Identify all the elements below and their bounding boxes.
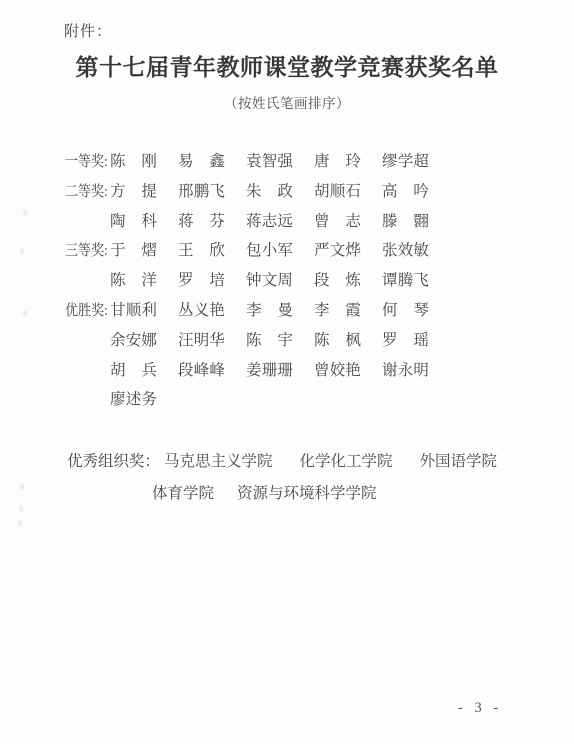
org-award-label: 优秀组织奖： [67,446,164,478]
award-list: 一等奖: 陈 刚 易 鑫 袁智强 唐 玲 缪学超 二等奖: 方 提 邢鹏飞 朱 … [65,147,450,415]
award-row-third-prize-cont: 陈 洋 罗 培 钟文周 段 炼 谭腾飞 [65,266,450,296]
org-institution: 体育学院 [152,478,214,510]
scan-artifact [18,520,22,526]
awardee-name: 袁智强 [246,147,293,177]
scan-artifact [23,310,27,316]
award-row-merit-prize-cont: 胡 兵 段峰峰 姜珊珊 曾姣艳 谢永明 [65,356,450,386]
awardee-name: 缪学超 [382,147,429,177]
award-tier-label: 三等奖: [65,237,104,267]
awardee-name: 陈 枫 [314,326,361,356]
award-tier-label: 一等奖: [65,148,104,178]
awardee-name: 包小军 [246,236,293,266]
page-number: - 3 - [458,700,522,717]
awardee-name: 邢鹏飞 [178,177,225,207]
org-award-row: 优秀组织奖： 马克思主义学院 化学化工学院 外国语学院 [67,446,524,478]
awardee-name: 陈 宇 [246,326,293,356]
awardee-name: 段峰峰 [178,356,225,386]
awardee-name: 钟文周 [246,266,293,296]
award-row-merit-prize: 优胜奖: 甘顺利 丛义艳 李 曼 李 霞 何 琴 [65,296,450,326]
awardee-name: 张效敏 [382,236,429,266]
awardee-name: 易 鑫 [178,147,225,177]
awardee-name: 谢永明 [382,356,429,386]
awardee-name: 李 霞 [314,296,361,326]
awardee-name: 陈 刚 [110,147,157,177]
scan-artifact [23,210,27,216]
org-award-row-cont: 体育学院 资源与环境科学学院 [152,478,524,510]
awardee-name: 廖述务 [110,385,157,415]
award-tier-label: 二等奖: [65,178,104,208]
awardee-name: 王 欣 [178,236,225,266]
awardee-name: 高 吟 [382,177,429,207]
awardee-name: 罗 培 [178,266,225,296]
document-page: 附件： 第十七届青年教师课堂教学竞赛获奖名单 （按姓氏笔画排序） 一等奖: 陈 … [0,0,574,744]
org-institution: 资源与环境科学学院 [237,478,377,510]
awardee-name: 曾姣艳 [314,356,361,386]
organization-award-section: 优秀组织奖： 马克思主义学院 化学化工学院 外国语学院 体育学院 资源与环境科学… [67,446,524,509]
awardee-name: 汪明华 [178,326,225,356]
award-row-merit-prize-cont: 余安娜 汪明华 陈 宇 陈 枫 罗 瑶 [65,326,450,356]
awardee-name: 滕 翾 [382,207,429,237]
awardee-name: 李 曼 [246,296,293,326]
award-row-first-prize: 一等奖: 陈 刚 易 鑫 袁智强 唐 玲 缪学超 [65,147,450,177]
sort-order-note: （按姓氏笔画排序） [0,92,574,112]
awardee-name: 胡 兵 [110,356,157,386]
awardee-name: 曾 志 [314,207,361,237]
org-institution: 外国语学院 [420,446,498,478]
awardee-name: 罗 瑶 [382,326,429,356]
awardee-name: 陶 科 [110,207,157,237]
awardee-name: 于 熠 [110,236,157,266]
awardee-name: 唐 玲 [314,147,361,177]
awardee-name: 谭腾飞 [382,266,429,296]
awardee-name: 蒋志远 [246,207,293,237]
org-institution: 马克思主义学院 [164,446,273,478]
awardee-name: 蒋 芬 [178,207,225,237]
attachment-label: 附件： [64,20,112,41]
scan-artifact [20,248,24,254]
awardee-name: 方 提 [110,177,157,207]
awardee-name: 朱 政 [246,177,293,207]
awardee-name: 胡顺石 [314,177,361,207]
awardee-name: 姜珊珊 [246,356,293,386]
awardee-name: 陈 洋 [110,266,157,296]
scan-artifact [20,484,24,490]
award-row-third-prize: 三等奖: 于 熠 王 欣 包小军 严文烨 张效敏 [65,236,450,266]
awardee-name: 何 琴 [382,296,429,326]
awardee-name: 严文烨 [314,236,361,266]
awardee-name: 甘顺利 [110,296,157,326]
award-row-merit-prize-cont: 廖述务 [65,385,450,415]
awardee-name: 丛义艳 [178,296,225,326]
award-row-second-prize-cont: 陶 科 蒋 芬 蒋志远 曾 志 滕 翾 [65,207,450,237]
award-row-second-prize: 二等奖: 方 提 邢鹏飞 朱 政 胡顺石 高 吟 [65,177,450,207]
awardee-name: 余安娜 [110,326,157,356]
document-title: 第十七届青年教师课堂教学竞赛获奖名单 [0,49,574,82]
awardee-name: 段 炼 [314,266,361,296]
award-tier-label: 优胜奖: [65,297,104,327]
scan-artifact [19,506,23,512]
org-institution: 化学化工学院 [300,446,393,478]
